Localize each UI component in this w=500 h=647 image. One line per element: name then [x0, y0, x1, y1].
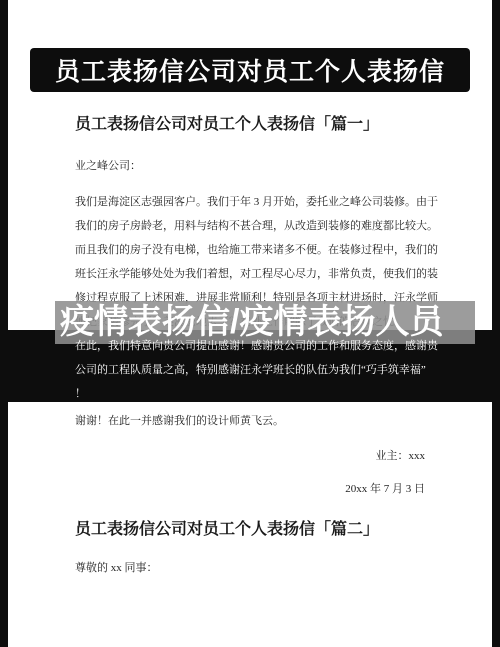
body-line: 我们是海淀区志强园客户。我们于年 3 月开始，委托业之峰公司装修。由于: [75, 190, 455, 214]
section1-heading: 员工表扬信公司对员工个人表扬信「篇一」: [75, 111, 475, 134]
section1-paragraph-highlighted: 在此，我们特意向贵公司提出感谢！感谢贵公司的工作和服务态度，感谢贵 公司的工程队…: [75, 334, 455, 406]
document-page: 员工表扬信公司对员工个人表扬信 员工表扬信公司对员工个人表扬信「篇一」 业之峰公…: [0, 0, 500, 647]
section2-salutation: 尊敬的 xx 同事：: [75, 559, 158, 575]
body-line: 而且我们的房子没有电梯，也给施工带来诸多不便。在装修过程中，我们的: [75, 238, 455, 262]
date-line: 20xx 年 7 月 3 日: [75, 480, 425, 496]
document-title: 员工表扬信公司对员工个人表扬信: [55, 52, 445, 88]
body-line-light: 在此，我们特意向贵公司提出感谢！感谢贵公司的工作和服务态度，感谢贵: [75, 334, 455, 358]
body-line: 班长汪永学能够处处为我们着想，对工程尽心尽力，非常负责，使我们的装: [75, 262, 455, 286]
closing-line: 谢谢！在此一并感谢我们的设计师黄飞云。: [75, 412, 284, 428]
body-line-light: 公司的工程队质量之高，特别感谢汪永学班长的队伍为我们“巧手筑幸福”: [75, 358, 455, 382]
document-title-bar: 员工表扬信公司对员工个人表扬信: [30, 48, 470, 92]
body-line-light: ！: [75, 382, 455, 406]
right-edge-strip: [492, 0, 500, 647]
section2-heading: 员工表扬信公司对员工个人表扬信「篇二」: [75, 516, 475, 539]
section1-salutation: 业之峰公司：: [75, 157, 141, 173]
body-line: 我们的房子房龄老，用料与结构不甚合理，从改造到装修的难度都比较大。: [75, 214, 455, 238]
left-edge-strip: [0, 0, 8, 647]
signature-line: 业主：xxx: [75, 447, 425, 463]
